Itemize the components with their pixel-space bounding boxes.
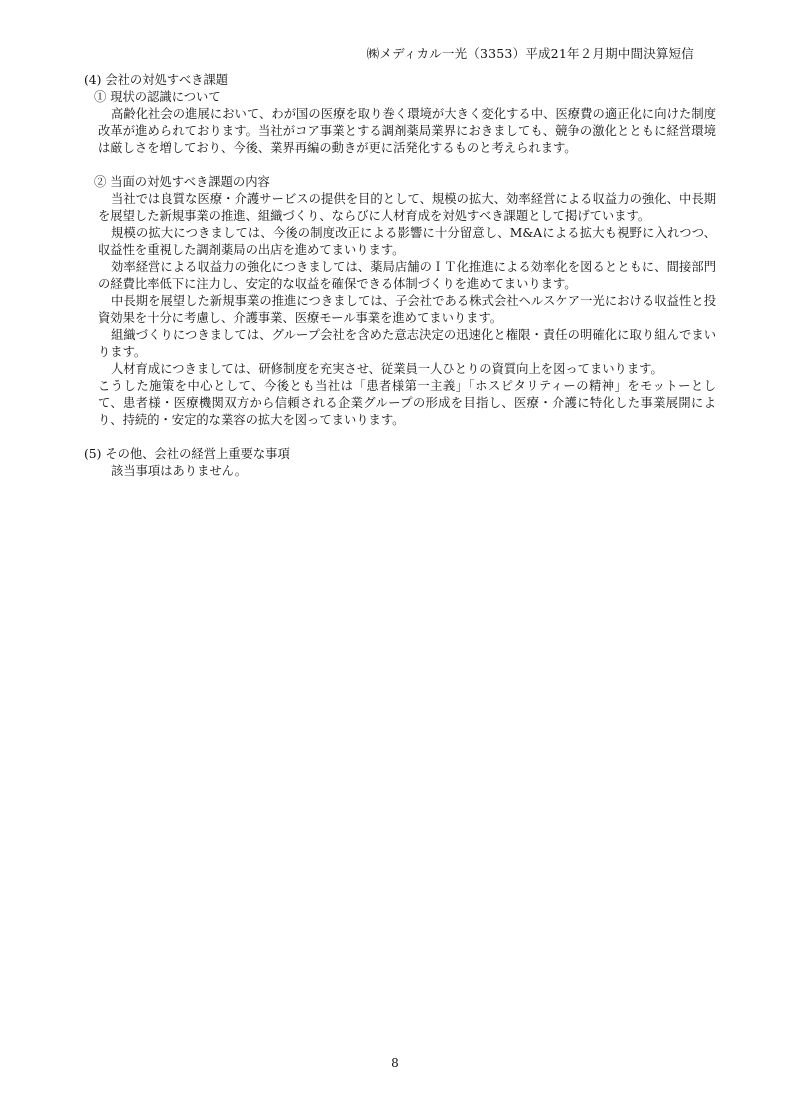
document-body: (4) 会社の対処すべき課題 ① 現状の認識について 高齢化社会の進展において、… — [84, 72, 716, 480]
section-heading-4: (4) 会社の対処すべき課題 — [84, 72, 716, 89]
spacer — [84, 429, 716, 446]
paragraph: こうした施策を中心として、今後とも当社は「患者様第一主義」「ホスピタリティーの精… — [98, 378, 716, 429]
paragraph: 高齢化社会の進展において、わが国の医療を取り巻く環境が大きく変化する中、医療費の… — [98, 106, 716, 157]
paragraph: 人材育成につきましては、研修制度を充実させ、従業員一人ひとりの資質向上を図ってま… — [98, 361, 716, 378]
subsection-heading-2: ② 当面の対処すべき課題の内容 — [94, 174, 716, 191]
section-heading-5: (5) その他、会社の経営上重要な事項 — [84, 446, 716, 463]
spacer — [84, 157, 716, 174]
page-number: 8 — [0, 1056, 790, 1070]
section-body: 該当事項はありません。 — [111, 463, 716, 480]
paragraph: 中長期を展望した新規事業の推進につきましては、子会社である株式会社ヘルスケア一光… — [98, 293, 716, 327]
paragraph: 効率経営による収益力の強化につきましては、薬局店舗のＩＴ化推進による効率化を図る… — [98, 259, 716, 293]
paragraph: 当社では良質な医療・介護サービスの提供を目的として、規模の拡大、効率経営による収… — [98, 191, 716, 225]
paragraph: 規模の拡大につきましては、今後の制度改正による影響に十分留意し、M&Aによる拡大… — [98, 225, 716, 259]
subsection-heading-1: ① 現状の認識について — [94, 89, 716, 106]
paragraph: 組織づくりにつきましては、グループ会社を含めた意志決定の迅速化と権限・責任の明確… — [98, 327, 716, 361]
document-header: ㈱メディカル一光（3353）平成21年２月期中間決算短信 — [367, 44, 694, 62]
